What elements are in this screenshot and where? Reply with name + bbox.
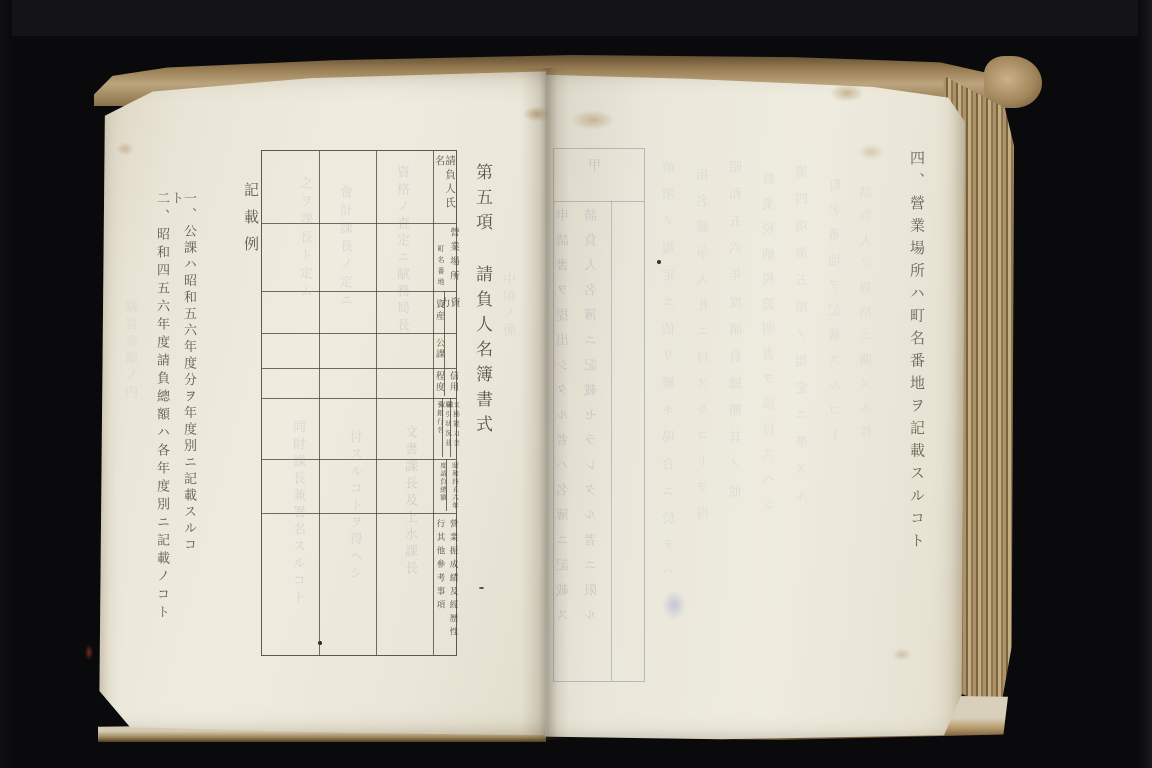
stain-spot [523,106,551,122]
bleedthrough-table-line [554,201,644,202]
table-row-line [262,333,456,334]
bleedthrough-column: 指名競争入札ニ付スルコトヲ得 [697,168,715,598]
note-line-1: 一、公課ハ昭和五六年度分ヲ年度別ニ記載スルコト [176,191,196,561]
note-line-2: 二、昭和四五六年度請負總額ハ各年度別ニ記載ノコト [149,191,169,635]
field-remarks-1: 營業振成績及經歷性 [447,519,458,653]
table-subcolumn-line [446,459,447,511]
red-mark [85,645,93,660]
field-contract-note-2: 度請負總額 [436,462,445,510]
stain-spot [830,84,864,102]
field-public-dues: 公課 [433,338,444,366]
ink-speck [657,260,661,264]
field-credit-note-2: 取引状況並取 [442,401,450,457]
background-left-edge [0,0,12,768]
section-title: 第五項 請負人名簿書式 [459,163,491,443]
book-corner-curl [984,56,1042,108]
field-business-place: 營業場所 [444,227,457,289]
bleedthrough-box-column: 申請書ヲ提出シタル者ハ名簿ニ記載ス [557,208,577,668]
bleedthrough-column: 同財課長兼署名スルコト [287,420,305,655]
background-right-edge [1138,0,1152,768]
bleedthrough-table-line [611,201,612,681]
table-column-line [376,151,377,655]
bleedthrough-box-column: 請負人名簿ニ記載セラレタル者ニ限ル [585,208,605,668]
bleedthrough-column: 會計課長ノ定ニ [334,185,352,415]
stain-spot [858,144,884,160]
bleedthrough-column: 前項ノ規定ニ依リ難キ場合ニ於テハ [663,160,681,630]
bleedthrough-column: 請負人ノ資格ニ關スル件 [860,185,878,485]
field-business-place-sub: 町名番地 [433,245,444,291]
field-credit: 信用 [444,371,458,397]
bleedthrough-column: 町名番地ヲ記載スルコト [829,178,847,508]
right-margin-note: 四、營業場所ハ町名番地ヲ記載スルコト [899,150,923,580]
field-remarks-2: 行其他參考事項 [434,519,445,629]
bleedthrough-column: 營業税納税證明書ヲ添付スヘシ [763,172,781,602]
stain-spot [892,648,912,661]
background-top-band [0,0,1152,36]
bleedthrough-column: 文書課長及上水課長 [399,425,417,650]
table-column-line [319,151,320,655]
field-credit-note-3: 引銀行名 [434,401,442,441]
field-credit-note-1: 支拂能力金融 [450,401,458,457]
field-financial-capacity: 資力 [444,297,458,367]
bleedthrough-column: 付スルコトヲ得ヘシ [344,430,362,650]
bleedthrough-column: 資格ノ査定ニ賦務局長 [391,165,409,465]
bleedthrough-column: 之ヲ課長ト定ム [294,176,312,406]
museum-photo-scene: 第五項 請負人名簿書式 請負人氏名 營業場所 町名番地 資産 公課 資力 程度 … [0,0,1152,768]
notes-heading: 記載例 [233,182,257,272]
stain-spot [116,142,134,156]
bleedthrough-column: 第四項第五項ノ規定ニ準スル [796,165,814,575]
field-degree: 程度 [433,371,444,397]
bleedthrough-column: 中頃ノ係 [497,272,515,362]
table-row-line [262,223,456,224]
table-row-line [262,398,456,399]
field-contractor-name: 請負人氏名 [438,155,454,221]
table-row-line [262,368,456,369]
field-contract-note-1: 昭和四五六年 [448,462,457,510]
bleedthrough-box-top: 甲 [589,158,605,190]
stain-spot [571,110,615,130]
table-row-line [262,291,456,292]
bleedthrough-column: 購買金額ノ内 [119,300,137,440]
ink-speck [479,587,484,589]
bleedthrough-column: 昭和五六年度請負總額其ノ他 [730,160,748,580]
